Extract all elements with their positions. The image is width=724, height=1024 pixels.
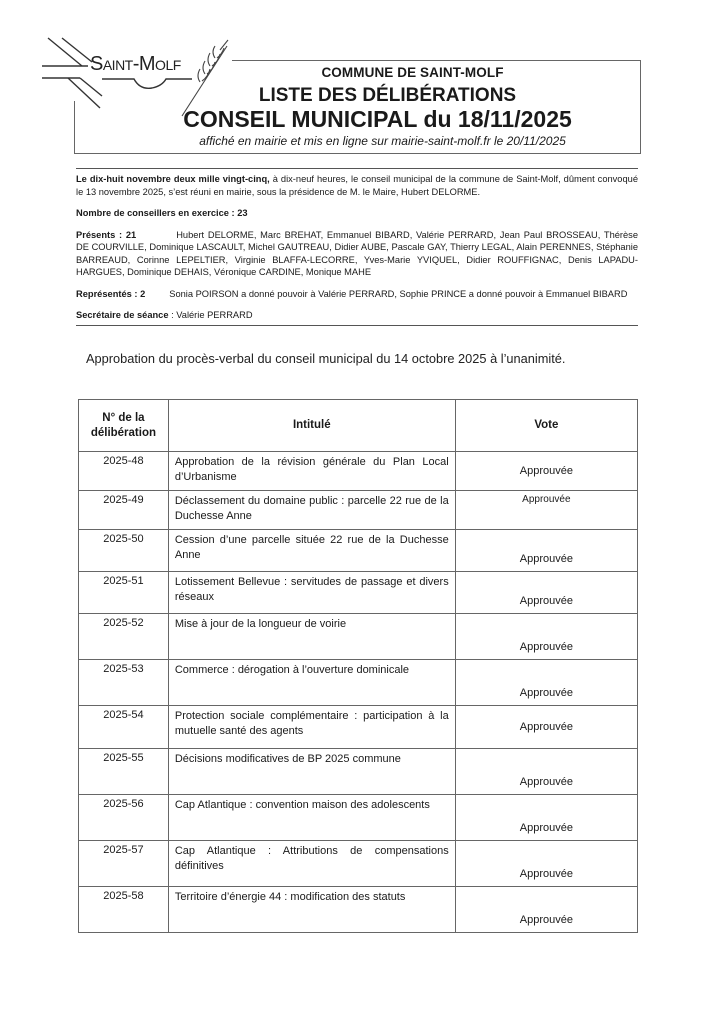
deliberation-vote: Approuvée [455,530,637,572]
deliberation-number: 2025-49 [79,491,169,530]
present-members: Présents : 21Hubert DELORME, Marc BREHAT… [76,229,638,279]
deliberation-title: Cession d’une parcelle située 22 rue de … [168,530,455,572]
deliberation-title: Protection sociale complémentaire : part… [168,706,455,749]
deliberation-number: 2025-57 [79,841,169,887]
deliberation-title: Cap Atlantique : Attributions de compens… [168,841,455,887]
table-row: 2025-58 Territoire d’énergie 44 : modifi… [79,887,638,933]
deliberation-vote: Approuvée [455,572,637,614]
header-number: N° de la délibération [79,400,169,452]
posting-note: affiché en mairie et mis en ligne sur ma… [75,134,640,148]
table-header-row: N° de la délibération Intitulé Vote [79,400,638,452]
deliberations-table: N° de la délibération Intitulé Vote 2025… [78,399,638,933]
deliberation-number: 2025-58 [79,887,169,933]
table-row: 2025-53 Commerce : dérogation à l’ouvert… [79,660,638,706]
session-date: Le dix-huit novembre deux mille vingt-ci… [76,174,270,184]
deliberation-title: Cap Atlantique : convention maison des a… [168,795,455,841]
deliberation-title: Approbation de la révision générale du P… [168,452,455,491]
header-box: COMMUNE DE SAINT-MOLF LISTE DES DÉLIBÉRA… [75,61,641,154]
deliberation-title: Mise à jour de la longueur de voirie [168,614,455,660]
table-row: 2025-57 Cap Atlantique : Attributions de… [79,841,638,887]
present-names: Hubert DELORME, Marc BREHAT, Emmanuel BI… [76,230,638,278]
table-row: 2025-52 Mise à jour de la longueur de vo… [79,614,638,660]
session-opening: Le dix-huit novembre deux mille vingt-ci… [76,173,638,198]
document-title: LISTE DES DÉLIBÉRATIONS [75,85,640,107]
represented-names: Sonia POIRSON a donné pouvoir à Valérie … [169,289,627,299]
deliberation-title: Lotissement Bellevue : servitudes de pas… [168,572,455,614]
table-row: 2025-50 Cession d’une parcelle située 22… [79,530,638,572]
table-row: 2025-48 Approbation de la révision génér… [79,452,638,491]
represented-label: Représentés : 2 [76,289,145,299]
council-date-title: CONSEIL MUNICIPAL du 18/11/2025 [75,106,640,133]
minutes-approval: Approbation du procès-verbal du conseil … [86,351,565,366]
deliberation-number: 2025-53 [79,660,169,706]
header-top-border [232,60,641,61]
deliberation-title: Déclassement du domaine public : parcell… [168,491,455,530]
table-row: 2025-56 Cap Atlantique : convention mais… [79,795,638,841]
deliberation-number: 2025-56 [79,795,169,841]
deliberation-number: 2025-55 [79,749,169,795]
table-row: 2025-51 Lotissement Bellevue : servitude… [79,572,638,614]
deliberation-number: 2025-52 [79,614,169,660]
deliberation-number: 2025-51 [79,572,169,614]
deliberation-vote: Approuvée [455,706,637,749]
deliberation-vote: Approuvée [455,614,637,660]
deliberation-vote: Approuvée [455,887,637,933]
commune-name: COMMUNE DE SAINT-MOLF [75,65,640,80]
session-secretary: Secrétaire de séance : Valérie PERRARD [76,309,638,326]
counsellors-count: Nombre de conseillers en exercice : 23 [76,207,638,220]
deliberation-vote: Approuvée [455,795,637,841]
present-label: Présents : 21 [76,230,136,240]
deliberation-number: 2025-50 [79,530,169,572]
counsellors-count-label: Nombre de conseillers en exercice : 23 [76,208,248,218]
deliberation-number: 2025-48 [79,452,169,491]
deliberation-number: 2025-54 [79,706,169,749]
header-vote: Vote [455,400,637,452]
table-row: 2025-55 Décisions modificatives de BP 20… [79,749,638,795]
secretary-label: Secrétaire de séance [76,310,169,320]
document-page: Saint-Molf COMMUNE DE SAINT-MOLF LISTE D… [0,0,724,1024]
deliberation-title: Commerce : dérogation à l’ouverture domi… [168,660,455,706]
table-row: 2025-49 Déclassement du domaine public :… [79,491,638,530]
deliberation-vote: Approuvée [455,841,637,887]
table-row: 2025-54 Protection sociale complémentair… [79,706,638,749]
deliberation-title: Décisions modificatives de BP 2025 commu… [168,749,455,795]
deliberation-vote: Approuvée [455,660,637,706]
session-intro: Le dix-huit novembre deux mille vingt-ci… [76,168,638,326]
secretary-name: : Valérie PERRARD [169,310,253,320]
deliberation-vote: Approuvée [455,749,637,795]
deliberation-vote: Approuvée [455,452,637,491]
header-title: Intitulé [168,400,455,452]
deliberation-title: Territoire d’énergie 44 : modification d… [168,887,455,933]
represented-members: Représentés : 2Sonia POIRSON a donné pou… [76,288,638,301]
deliberation-vote: Approuvée [455,491,637,530]
